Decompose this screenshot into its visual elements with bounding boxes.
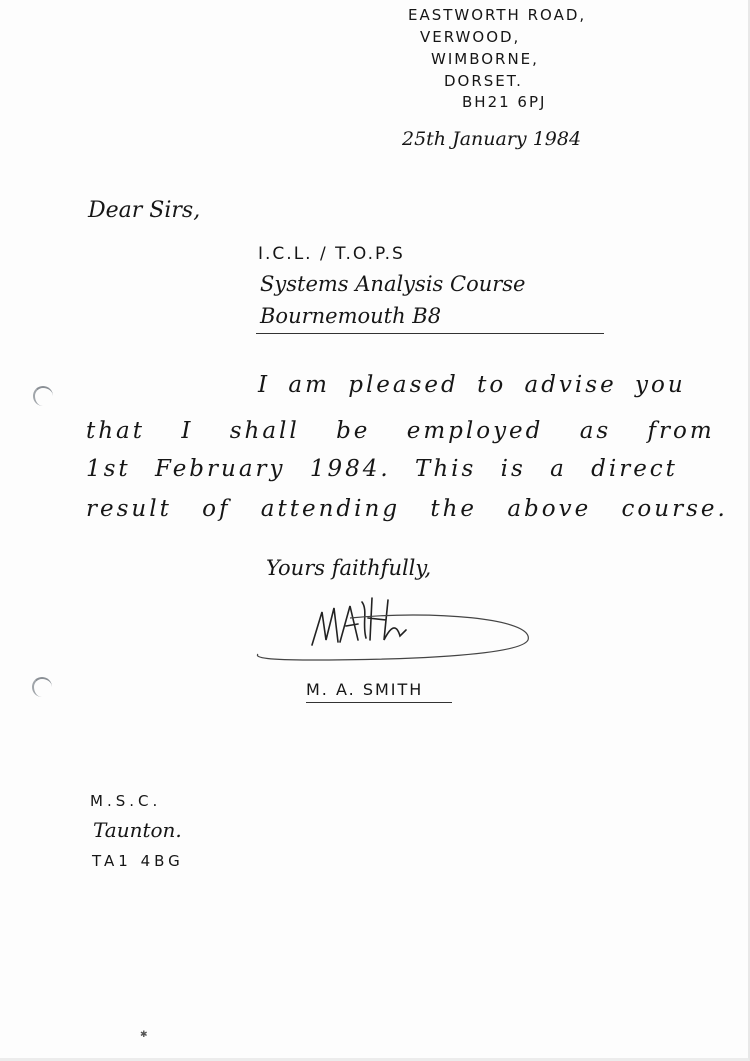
closing: Yours faithfully, xyxy=(266,556,431,580)
salutation: Dear Sirs, xyxy=(88,198,200,223)
sender-address-postcode: BH21 6PJ xyxy=(462,93,546,111)
printed-name: M. A. SMITH xyxy=(306,680,423,699)
letter-date: 25th January 1984 xyxy=(402,128,581,150)
recipient-line-1: M.S.C. xyxy=(90,792,161,810)
recipient-line-2: Taunton. xyxy=(93,818,182,842)
printed-name-underline xyxy=(306,702,452,703)
sender-address-line-1: EASTWORTH ROAD, xyxy=(408,6,586,24)
reference-line-3: Bournemouth B8 xyxy=(260,304,441,328)
recipient-postcode: TA1 4BG xyxy=(92,852,184,870)
sender-address-line-3: WIMBORNE, xyxy=(431,50,539,68)
punch-hole-mark-icon xyxy=(33,386,53,406)
paper-speck-icon: ✱ xyxy=(140,1030,148,1040)
body-line-4: result of attending the above course. xyxy=(86,496,728,522)
letter-page: EASTWORTH ROAD, VERWOOD, WIMBORNE, DORSE… xyxy=(0,0,750,1061)
reference-line-1: I.C.L. / T.O.P.S xyxy=(258,244,405,264)
body-line-3: 1st February 1984. This is a direct xyxy=(86,456,678,482)
body-line-1: I am pleased to advise you xyxy=(258,372,686,398)
sender-address-line-2: VERWOOD, xyxy=(420,28,520,46)
punch-hole-mark-icon xyxy=(32,677,52,697)
reference-underline xyxy=(256,333,604,334)
handwritten-signature xyxy=(250,590,540,670)
body-line-2: that I shall be employed as from xyxy=(86,418,715,444)
sender-address-line-4: DORSET. xyxy=(444,72,523,90)
reference-line-2: Systems Analysis Course xyxy=(260,272,525,296)
